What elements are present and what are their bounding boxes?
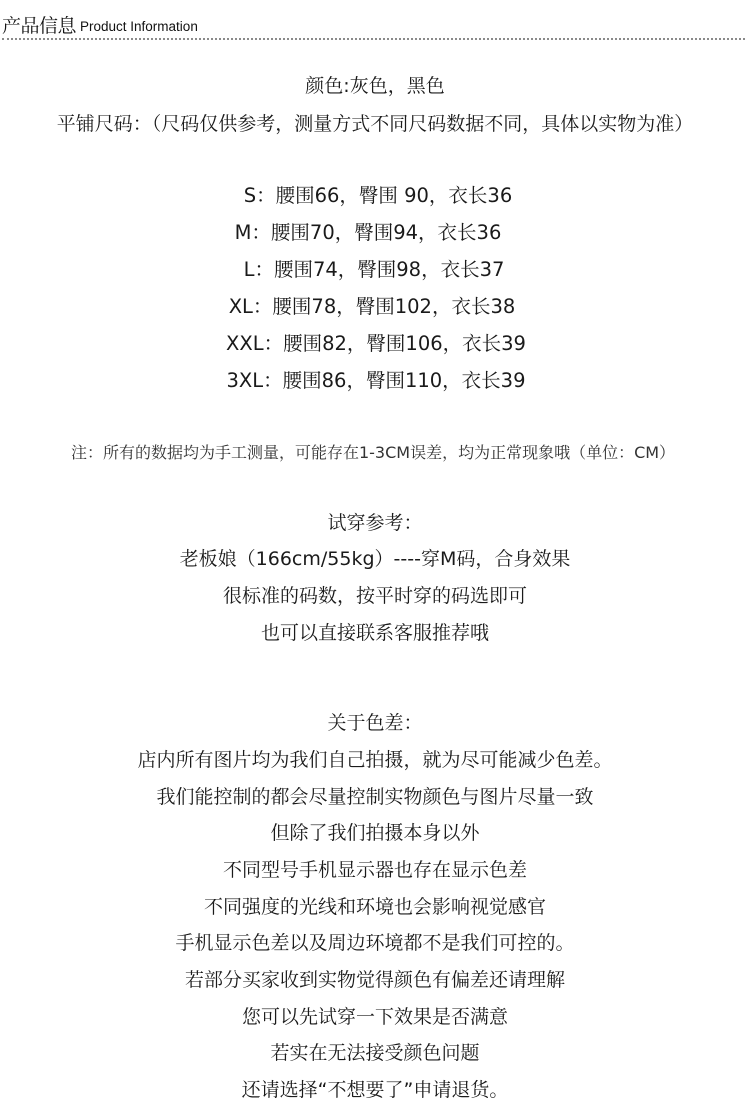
section-header: 产品信息 Product Information	[2, 12, 198, 38]
flat-size-line: 平铺尺码：（尺码仅供参考，测量方式不同尺码数据不同，具体以实物为准）	[0, 111, 750, 137]
header-divider	[2, 38, 745, 40]
color-diff-title: 关于色差：	[0, 710, 750, 736]
measurement-note: 注：所有的数据均为手工测量，可能存在1-3CM误差，均为正常现象哦（单位：CM）	[0, 440, 748, 466]
size-row-xxl: XXL：腰围82，臀围106，衣长39	[1, 331, 750, 357]
try-on-line: 老板娘（166cm/55kg）----穿M码，合身效果	[0, 546, 750, 572]
color-diff-line: 但除了我们拍摄本身以外	[0, 820, 750, 846]
size-row-s: S：腰围66，臀围 90，衣长36	[3, 183, 750, 209]
color-line: 颜色:灰色，黑色	[0, 73, 750, 99]
color-diff-line: 若部分买家收到实物觉得颜色有偏差还请理解	[0, 967, 750, 993]
color-diff-line: 我们能控制的都会尽量控制实物颜色与图片尽量一致	[0, 784, 750, 810]
try-on-title: 试穿参考：	[0, 510, 750, 536]
color-diff-line: 您可以先试穿一下效果是否满意	[0, 1004, 750, 1030]
try-on-line: 也可以直接联系客服推荐哦	[0, 620, 750, 646]
header-title-cn: 产品信息	[2, 14, 76, 38]
color-diff-line: 不同型号手机显示器也存在显示色差	[0, 857, 750, 883]
size-row-xl: XL：腰围78，臀围102，衣长38	[0, 294, 747, 320]
color-diff-line: 店内所有图片均为我们自己拍摄，就为尽可能减少色差。	[0, 747, 750, 773]
size-row-l: L：腰围74，臀围98，衣长37	[0, 257, 749, 283]
size-row-m: M：腰围70，臀围94，衣长36	[0, 220, 743, 246]
color-diff-line: 还请选择“不想要了”申请退货。	[0, 1077, 750, 1103]
header-title-en: Product Information	[80, 17, 198, 37]
size-row-3xl: 3XL：腰围86，臀围110，衣长39	[1, 368, 750, 394]
color-diff-line: 手机显示色差以及周边环境都不是我们可控的。	[0, 930, 750, 956]
color-diff-line: 若实在无法接受颜色问题	[0, 1040, 750, 1066]
color-diff-line: 不同强度的光线和环境也会影响视觉感官	[0, 894, 750, 920]
try-on-line: 很标准的码数，按平时穿的码选即可	[0, 583, 750, 609]
